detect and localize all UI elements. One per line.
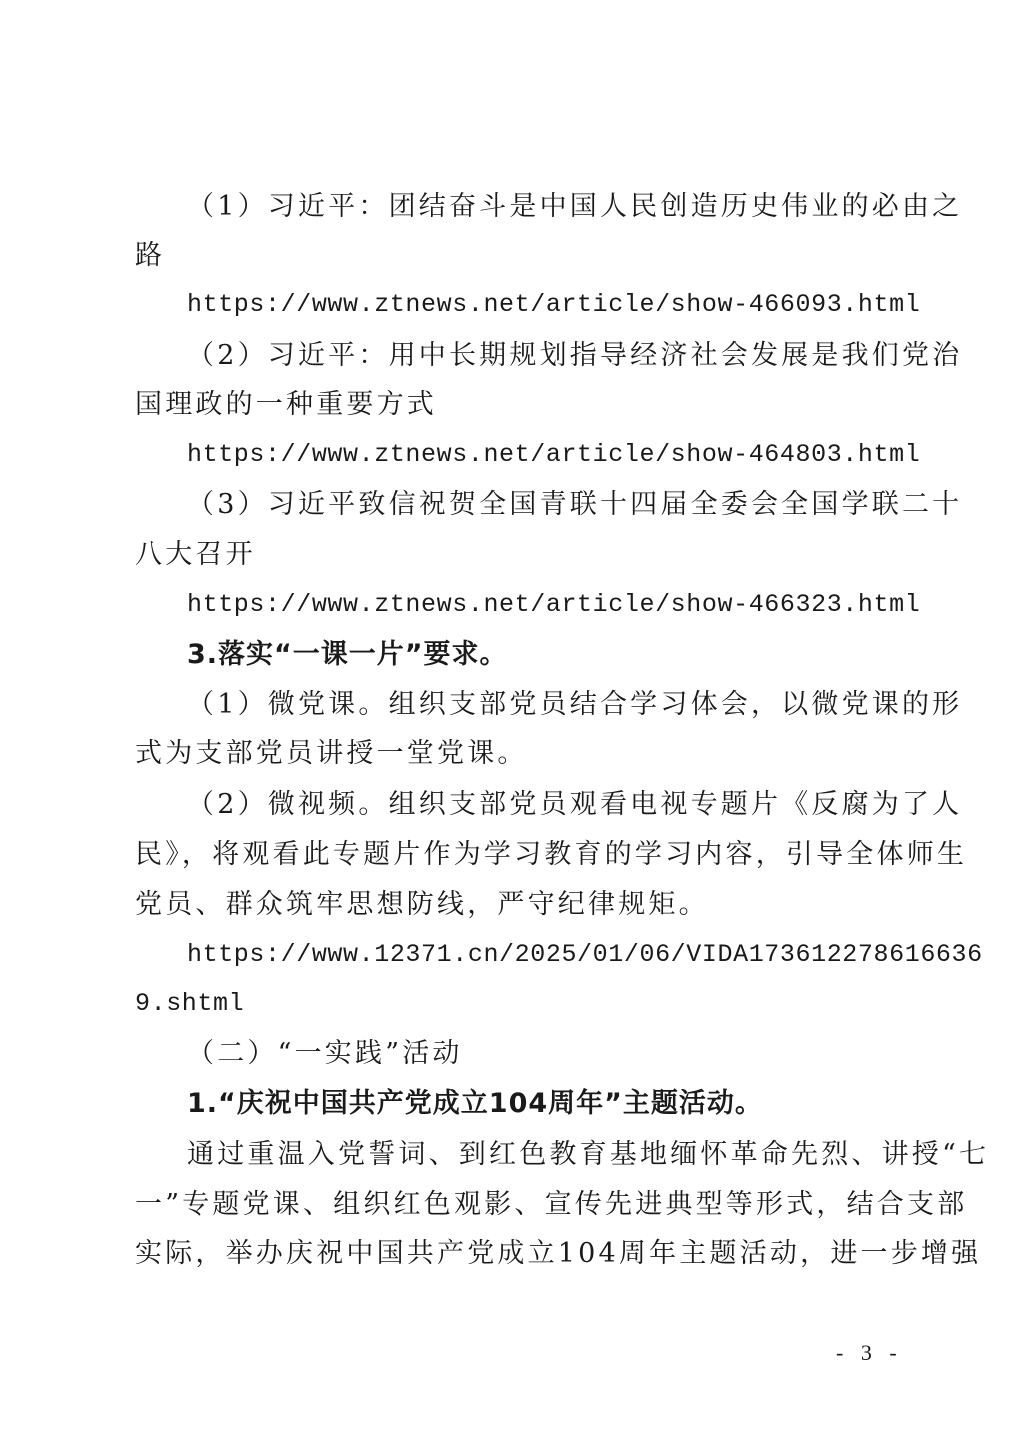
heading-one-lesson-one-film: 3.落实“一课一片”要求。 bbox=[187, 630, 895, 680]
list-item-2-url[interactable]: https://www.ztnews.net/article/show-4648… bbox=[187, 430, 895, 480]
micro-video-line-2: 民》，将观看此专题片作为学习教育的学习内容，引导全体师生 bbox=[135, 830, 895, 880]
micro-lesson-line-1: （1）微党课。组织支部党员结合学习体会，以微党课的形 bbox=[187, 680, 895, 730]
document-page: （1）习近平：团结奋斗是中国人民创造历史伟业的必由之 路 https://www… bbox=[0, 0, 1024, 1448]
anniversary-paragraph-line-1: 通过重温入党誓词、到红色教育基地缅怀革命先烈、讲授“七 bbox=[187, 1130, 895, 1180]
micro-video-url-line-1[interactable]: https://www.12371.cn/2025/01/06/VIDA1736… bbox=[187, 930, 895, 980]
micro-video-line-3: 党员、群众筑牢思想防线，严守纪律规矩。 bbox=[135, 880, 895, 930]
list-item-1-line-2: 路 bbox=[135, 231, 895, 281]
list-item-2-line-1: （2）习近平：用中长期规划指导经济社会发展是我们党治 bbox=[187, 331, 895, 381]
subsection-heading-practice: （二）“一实践”活动 bbox=[187, 1029, 895, 1079]
anniversary-paragraph-line-2: 一”专题党课、组织红色观影、宣传先进典型等形式，结合支部 bbox=[135, 1180, 895, 1230]
list-item-1-url[interactable]: https://www.ztnews.net/article/show-4660… bbox=[187, 280, 895, 330]
list-item-3-line-2: 八大召开 bbox=[135, 530, 895, 580]
list-item-2-line-2: 国理政的一种重要方式 bbox=[135, 380, 895, 430]
list-item-3-url[interactable]: https://www.ztnews.net/article/show-4663… bbox=[187, 580, 895, 630]
micro-video-url-line-2[interactable]: 9.shtml bbox=[135, 979, 895, 1029]
list-item-3-line-1: （3）习近平致信祝贺全国青联十四届全委会全国学联二十 bbox=[187, 480, 895, 530]
micro-video-line-1: （2）微视频。组织支部党员观看电视专题片《反腐为了人 bbox=[187, 780, 895, 830]
anniversary-paragraph-line-3: 实际，举办庆祝中国共产党成立104周年主题活动，进一步增强 bbox=[135, 1229, 895, 1279]
page-number: - 3 - bbox=[836, 1335, 903, 1371]
list-item-1-line-1: （1）习近平：团结奋斗是中国人民创造历史伟业的必由之 bbox=[187, 182, 895, 232]
heading-anniversary-activity: 1.“庆祝中国共产党成立104周年”主题活动。 bbox=[187, 1079, 895, 1129]
micro-lesson-line-2: 式为支部党员讲授一堂党课。 bbox=[135, 729, 895, 779]
